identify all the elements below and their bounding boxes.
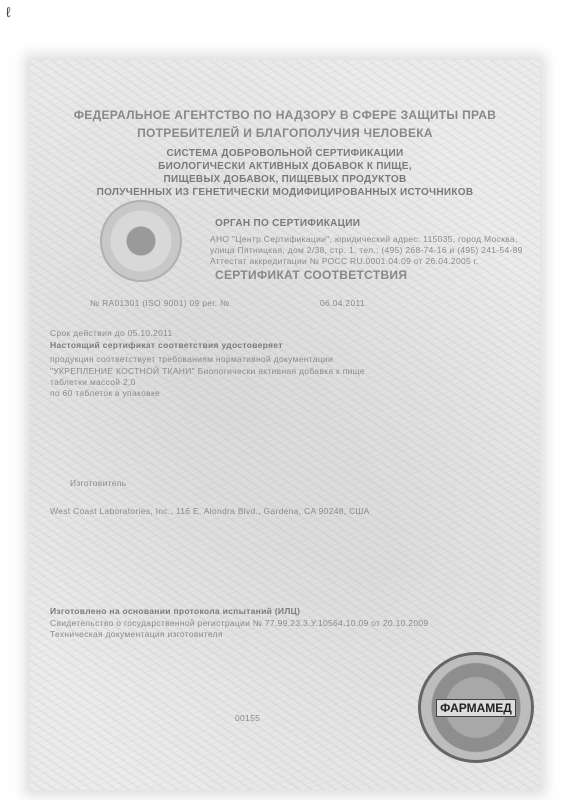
page-number: 00155	[235, 713, 260, 723]
agency-line-1: ФЕДЕРАЛЬНОЕ АГЕНТСТВО ПО НАДЗОРУ В СФЕРЕ…	[30, 108, 540, 122]
org-line-2: улица Пятницкая, дом 2/38, стр. 1, тел.:…	[210, 245, 523, 255]
product-name: "УКРЕПЛЕНИЕ КОСТНОЙ ТКАНИ" Биологически …	[50, 366, 365, 376]
product-pack: по 60 таблеток в упаковке	[50, 388, 160, 398]
product-form: таблетки массой 2,0	[50, 377, 136, 387]
system-line-3: ПИЩЕВЫХ ДОБАВОК, ПИЩЕВЫХ ПРОДУКТОВ	[30, 174, 540, 185]
org-line-3: Аттестат аккредитации № РОСС RU.0001.04.…	[210, 256, 479, 266]
cert-number: № RA01301 (ISO 9001) 09 рег. №	[90, 298, 229, 308]
agency-line-2: ПОТРЕБИТЕЛЕЙ И БЛАГОПОЛУЧИЯ ЧЕЛОВЕКА	[30, 126, 540, 140]
system-line-2: БИОЛОГИЧЕСКИ АКТИВНЫХ ДОБАВОК К ПИЩЕ,	[30, 161, 540, 172]
corner-mark: ℓ	[6, 4, 11, 20]
stamp-seal: ФАРМАМЕД	[418, 652, 534, 763]
certificate-title: СЕРТИФИКАТ СООТВЕТСТВИЯ	[215, 268, 407, 282]
product-line-1: продукция соответствует требованиям норм…	[50, 354, 333, 364]
footer-line-1: Изготовлено на основании протокола испыт…	[50, 606, 300, 616]
footer-line-3: Техническая документация изготовителя	[50, 629, 223, 639]
cert-date: 06.04.2011	[320, 298, 365, 308]
system-line-1: СИСТЕМА ДОБРОВОЛЬНОЙ СЕРТИФИКАЦИИ	[30, 148, 540, 159]
manufacturer-label: Изготовитель	[70, 478, 126, 488]
manufacturer-value: West Coast Laboratories, Inc., 116 E. Al…	[50, 506, 370, 516]
footer-line-2: Свидетельство о государственной регистра…	[50, 618, 428, 628]
cert-issued: Настоящий сертификат соответствия удосто…	[50, 340, 283, 350]
emblem-icon	[100, 200, 182, 282]
cert-valid: Срок действия до 05.10.2011	[50, 328, 173, 338]
org-line-1: АНО "Центр Сертификации", юридический ад…	[210, 234, 518, 244]
org-title: ОРГАН ПО СЕРТИФИКАЦИИ	[215, 218, 360, 229]
system-line-4: ПОЛУЧЕННЫХ ИЗ ГЕНЕТИЧЕСКИ МОДИФИЦИРОВАНН…	[30, 187, 540, 198]
stamp-text: ФАРМАМЕД	[436, 699, 516, 717]
